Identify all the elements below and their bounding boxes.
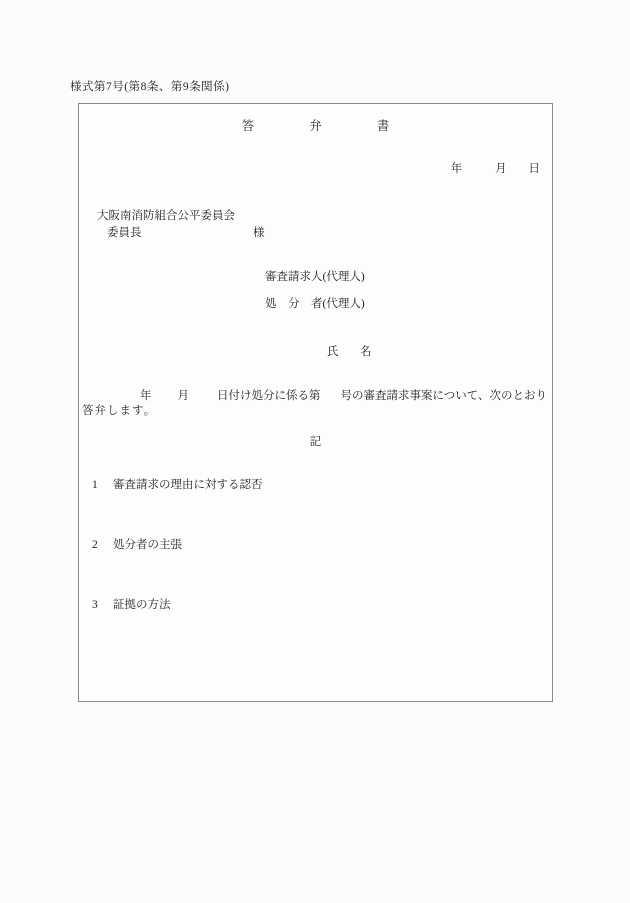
document-page: { "page": { "background_color": "#fcfcfc… (0, 0, 630, 903)
title-char: 書 (377, 118, 390, 134)
year-label: 年 (451, 163, 463, 175)
blank-fill-space (321, 398, 341, 399)
numbered-item: 1審査請求の理由に対する認否 (92, 478, 263, 493)
day-label: 日 (529, 163, 541, 175)
item-label: 証拠の方法 (113, 599, 171, 611)
blank-fill-space (152, 398, 178, 399)
body-text: 日付け処分に係る第 (217, 390, 321, 402)
body-paragraph-line-2: 答弁します。 (82, 404, 156, 419)
month-label: 月 (495, 163, 507, 175)
body-text: 年 (140, 390, 152, 402)
item-number: 2 (92, 538, 113, 553)
form-number-label: 様式第7号(第8条、第9条関係) (70, 79, 229, 95)
name-label: 氏 名 (327, 345, 377, 360)
document-title: 答 弁 書 (79, 118, 552, 134)
numbered-item: 3証拠の方法 (92, 598, 171, 613)
date-line: 年 月 日 (79, 162, 552, 177)
numbered-item: 2処分者の主張 (92, 538, 182, 553)
body-paragraph-line-1: 年月日付け処分に係る第号の審査請求事案について、次のとおり (140, 389, 547, 404)
note-label: 記 (79, 435, 552, 450)
title-char: 弁 (309, 118, 322, 134)
blank-fill-space (189, 398, 217, 399)
item-number: 1 (92, 478, 113, 493)
honorific-label: 様 (253, 226, 265, 241)
item-label: 処分者の主張 (113, 539, 182, 551)
disposer-label: 処 分 者(代理人) (265, 297, 365, 312)
claimant-label: 審査請求人(代理人) (265, 270, 365, 285)
body-text: 号の審査請求事案について、次のとおり (341, 390, 548, 402)
addressee-line: 委員長 様 (107, 226, 407, 241)
addressee-position: 委員長 (107, 227, 142, 239)
item-number: 3 (92, 598, 113, 613)
body-text: 月 (178, 390, 190, 402)
item-label: 審査請求の理由に対する認否 (113, 479, 263, 491)
answer-form-box: 答 弁 書 年 月 日 大阪南消防組合公平委員会 委員長 様 審査請求人(代理人… (78, 103, 553, 702)
title-char: 答 (242, 118, 255, 134)
addressee-organization: 大阪南消防組合公平委員会 (97, 209, 235, 224)
